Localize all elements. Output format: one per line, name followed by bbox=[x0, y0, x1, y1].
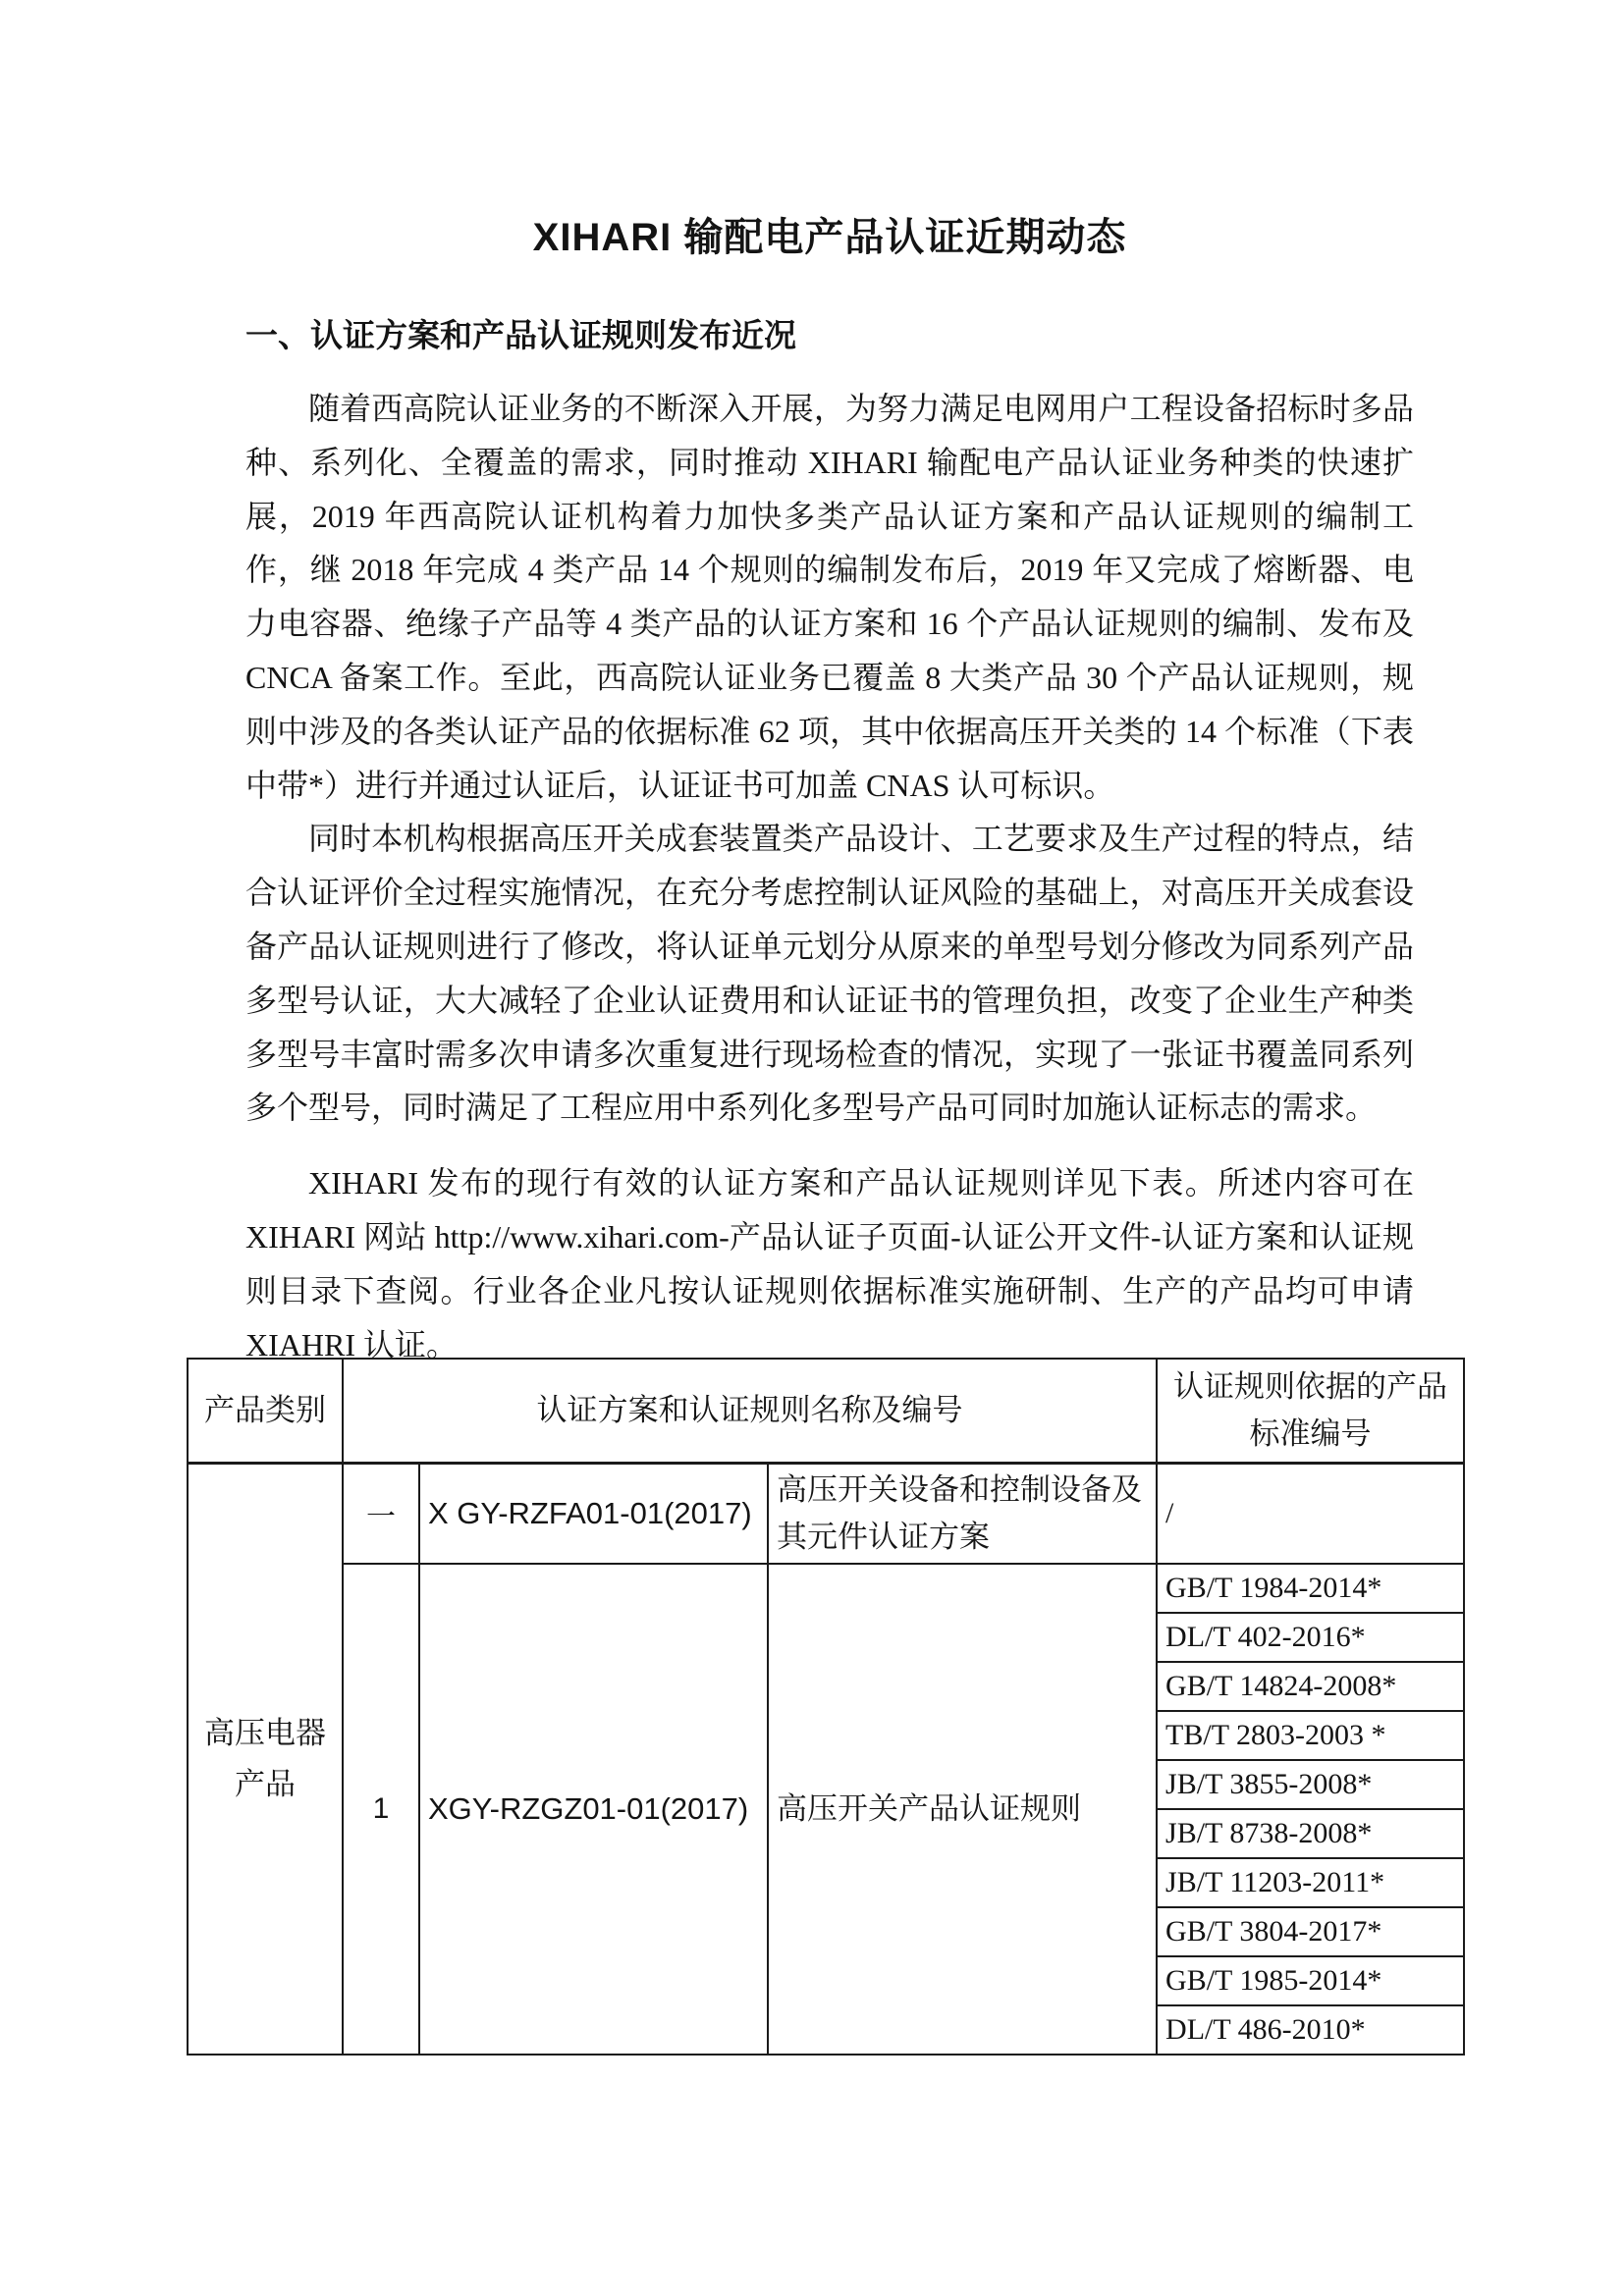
header-product-category: 产品类别 bbox=[188, 1359, 343, 1464]
cell-standard: DL/T 486-2010* bbox=[1157, 2005, 1464, 2055]
cell-rule-code: XGY-RZGZ01-01(2017) bbox=[419, 1564, 768, 2055]
cell-product-category: 高压电器产品 bbox=[188, 1464, 343, 2056]
section-heading: 一、认证方案和产品认证规则发布近况 bbox=[245, 314, 1414, 357]
paragraph-where-to-find: XIHARI 发布的现行有效的认证方案和产品认证规则详见下表。所述内容可在 XI… bbox=[245, 1156, 1414, 1371]
cell-standard: JB/T 11203-2011* bbox=[1157, 1858, 1464, 1907]
cell-row-index: 1 bbox=[343, 1564, 419, 2055]
cell-row-index: 一 bbox=[343, 1464, 419, 1565]
table-header-row: 产品类别 认证方案和认证规则名称及编号 认证规则依据的产品标准编号 bbox=[188, 1359, 1464, 1464]
cell-standard: GB/T 1985-2014* bbox=[1157, 1956, 1464, 2005]
table-row-scheme: 高压电器产品 一 X GY-RZFA01-01(2017) 高压开关设备和控制设… bbox=[188, 1464, 1464, 1565]
table-row-rule: 1 XGY-RZGZ01-01(2017) 高压开关产品认证规则 GB/T 19… bbox=[188, 1564, 1464, 1613]
cell-standard: / bbox=[1157, 1464, 1464, 1565]
header-scheme-and-rule: 认证方案和认证规则名称及编号 bbox=[343, 1359, 1157, 1464]
cell-standard: GB/T 1984-2014* bbox=[1157, 1564, 1464, 1613]
cell-standard: DL/T 402-2016* bbox=[1157, 1613, 1464, 1662]
cell-standard: JB/T 3855-2008* bbox=[1157, 1760, 1464, 1809]
cell-rule-name: 高压开关产品认证规则 bbox=[768, 1564, 1157, 2055]
cell-standard: JB/T 8738-2008* bbox=[1157, 1809, 1464, 1858]
cell-standard: GB/T 3804-2017* bbox=[1157, 1907, 1464, 1956]
header-standards: 认证规则依据的产品标准编号 bbox=[1157, 1359, 1464, 1464]
cell-scheme-name: 高压开关设备和控制设备及其元件认证方案 bbox=[768, 1464, 1157, 1565]
page-title: XIHARI 输配电产品认证近期动态 bbox=[245, 212, 1414, 263]
document-page: XIHARI 输配电产品认证近期动态 一、认证方案和产品认证规则发布近况 随着西… bbox=[0, 0, 1624, 2296]
paragraph-rule-revision: 同时本机构根据高压开关成套装置类产品设计、工艺要求及生产过程的特点，结合认证评价… bbox=[245, 812, 1414, 1135]
certification-rules-table: 产品类别 认证方案和认证规则名称及编号 认证规则依据的产品标准编号 高压电器产品… bbox=[187, 1358, 1465, 2056]
cell-scheme-code: X GY-RZFA01-01(2017) bbox=[419, 1464, 768, 1565]
paragraph-certification-progress: 随着西高院认证业务的不断深入开展，为努力满足电网用户工程设备招标时多品种、系列化… bbox=[245, 382, 1414, 812]
text-column: XIHARI 输配电产品认证近期动态 一、认证方案和产品认证规则发布近况 随着西… bbox=[245, 212, 1414, 2056]
cell-standard: TB/T 2803-2003 * bbox=[1157, 1711, 1464, 1760]
cell-standard: GB/T 14824-2008* bbox=[1157, 1662, 1464, 1711]
